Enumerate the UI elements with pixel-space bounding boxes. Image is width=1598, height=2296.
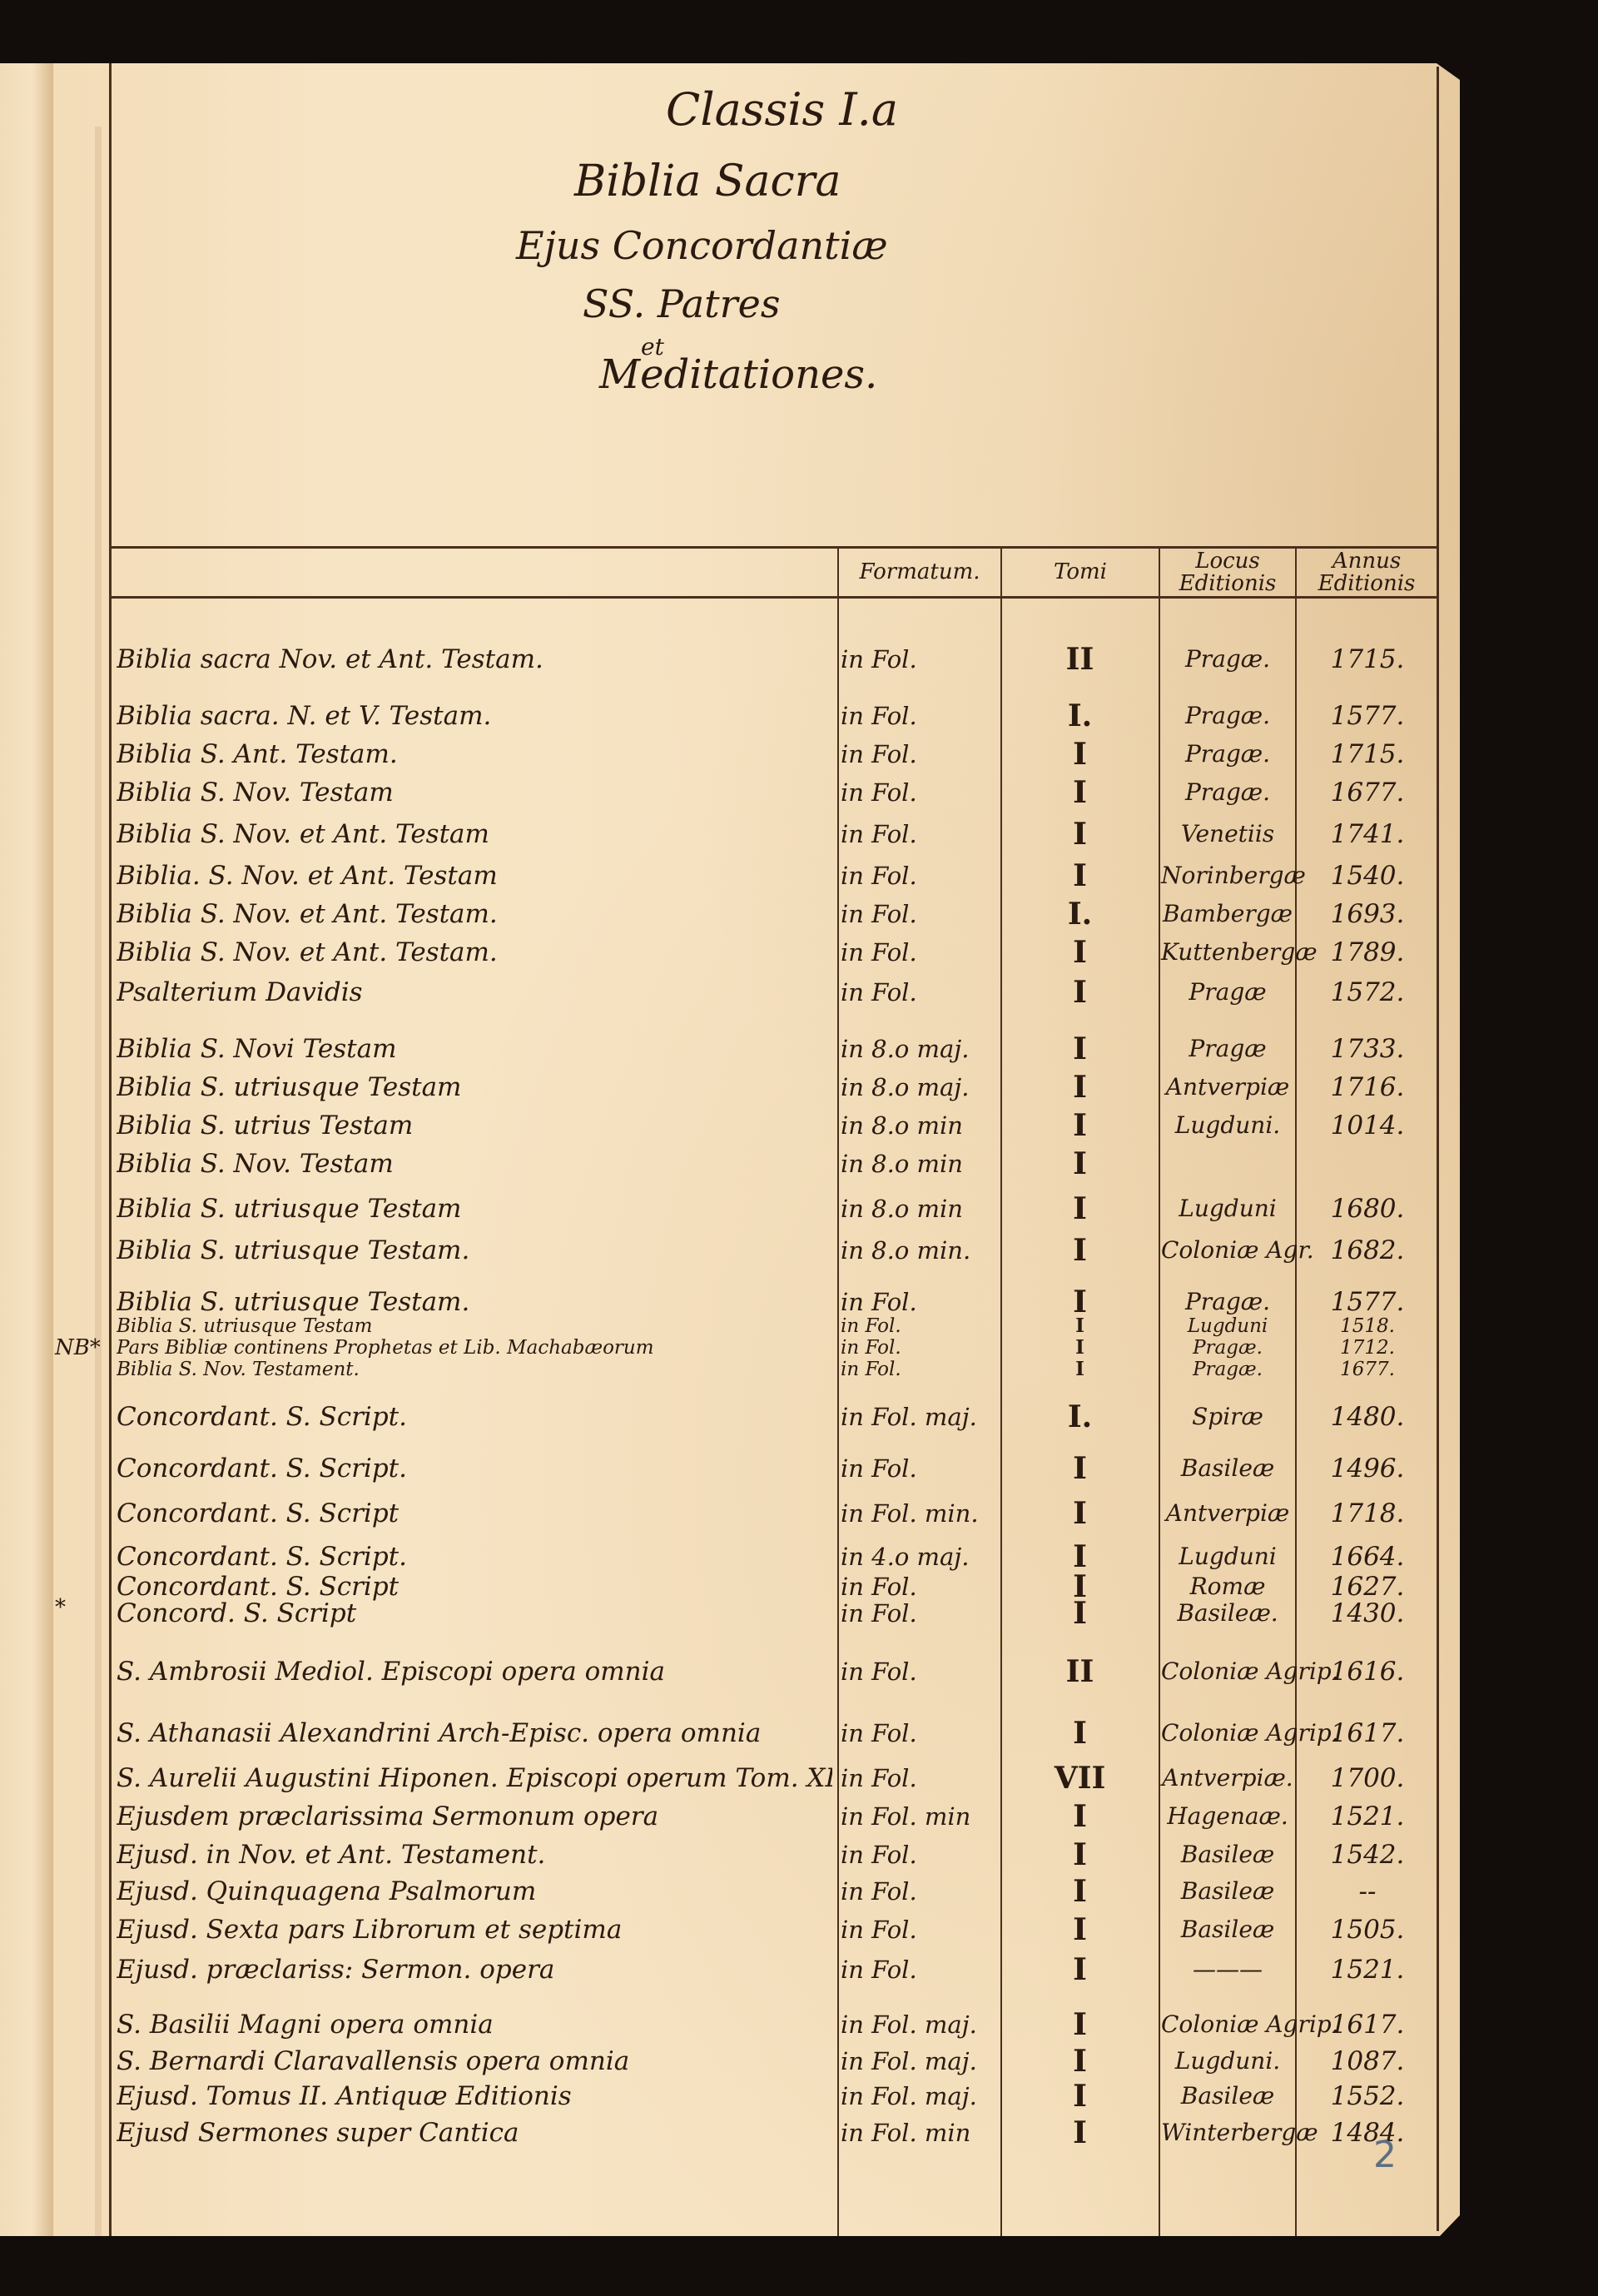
book-volumes: I. [1003,1399,1157,1435]
book-volumes: I [1003,1911,1157,1948]
book-year-of-edition: -- [1297,1873,1438,1910]
book-format: in Fol. [841,1836,999,1873]
book-format: in Fol. [841,896,999,932]
book-place-of-edition: Basileæ [1161,2078,1294,2115]
book-volumes: I [1003,2043,1157,2080]
book-format: in Fol. [841,1760,999,1797]
book-year-of-edition: 1741. [1297,816,1438,852]
table-row: Biblia. S. Nov. et Ant. Testamin Fol.INo… [0,857,1598,894]
book-title: Biblia S. utriusque Testam. [117,1232,832,1269]
book-title: Biblia S. Nov. Testament. [117,1357,832,1382]
book-volumes: I [1003,1357,1157,1382]
table-row: S. Basilii Magni opera omniain Fol. maj.… [0,2006,1598,2043]
table-row: Biblia S. Nov. Testamin 8.o minI [0,1146,1598,1182]
book-volumes: I [1003,1190,1157,1227]
table-row: Biblia S. Nov. Testamin Fol.IPragæ.1677. [0,774,1598,811]
book-volumes: I [1003,2115,1157,2151]
book-year-of-edition: 1789. [1297,934,1438,971]
book-format: in Fol. min [841,1798,999,1835]
book-volumes: I [1003,1450,1157,1487]
book-year-of-edition: 1616. [1297,1653,1438,1690]
book-place-of-edition: Spiræ [1161,1399,1294,1435]
book-format: in Fol. maj. [841,2006,999,2043]
book-place-of-edition: Pragæ [1161,974,1294,1011]
book-place-of-edition: Basileæ [1161,1911,1294,1948]
book-format: in Fol. [841,774,999,811]
book-title: S. Athanasii Alexandrini Arch-Episc. ope… [117,1715,832,1752]
book-year-of-edition: 1480. [1297,1399,1438,1435]
book-year-of-edition: 1521. [1297,1951,1438,1988]
book-place-of-edition: Basileæ. [1161,1595,1294,1632]
book-title: S. Basilii Magni opera omnia [117,2006,832,2043]
book-title: Ejusd. Tomus II. Antiquæ Editionis [117,2078,832,2115]
book-title: Biblia S. utrius Testam [117,1107,832,1144]
book-format: in 8.o maj. [841,1069,999,1106]
table-row: S. Aurelii Augustini Hiponen. Episcopi o… [0,1760,1598,1797]
book-place-of-edition: Basileæ [1161,1450,1294,1487]
book-format: in Fol. [841,1873,999,1910]
book-place-of-edition: Kuttenbergæ [1161,934,1294,971]
book-volumes: I [1003,2078,1157,2115]
book-title: Biblia. S. Nov. et Ant. Testam [117,857,832,894]
book-format: in Fol. [841,1357,999,1382]
table-row: Concord. S. Scriptin Fol.IBasileæ.1430.* [0,1595,1598,1632]
book-place-of-edition: Coloniæ Agrip. [1161,1715,1294,1752]
book-title: Biblia S. Nov. Testam [117,774,832,811]
book-volumes: II [1003,1653,1157,1690]
book-year-of-edition: 1087. [1297,2043,1438,2080]
book-place-of-edition: Venetiis [1161,816,1294,852]
book-place-of-edition: Antverpiæ. [1161,1760,1294,1797]
book-year-of-edition: 1677. [1297,774,1438,811]
book-place-of-edition: Antverpiæ [1161,1495,1294,1532]
book-volumes: I [1003,816,1157,852]
book-format: in Fol. [841,1715,999,1752]
book-year-of-edition: 1540. [1297,857,1438,894]
book-volumes: VII [1003,1760,1157,1797]
book-volumes: I [1003,974,1157,1011]
table-row: Biblia S. Nov. et Ant. Testam.in Fol.IKu… [0,934,1598,971]
book-place-of-edition: Hagenaæ. [1161,1798,1294,1835]
table-row: S. Ambrosii Mediol. Episcopi opera omnia… [0,1653,1598,1690]
table-row: Ejusd. in Nov. et Ant. Testament.in Fol.… [0,1836,1598,1873]
book-format: in 8.o min. [841,1232,999,1269]
book-volumes: I [1003,1836,1157,1873]
table-row: Ejusd. Quinquagena Psalmorumin Fol.IBasi… [0,1873,1598,1910]
book-year-of-edition: 1718. [1297,1495,1438,1532]
book-format: in Fol. [841,1951,999,1988]
table-row: Ejusdem præclarissima Sermonum operain F… [0,1798,1598,1835]
book-title: Ejusd. Sexta pars Librorum et septima [117,1911,832,1948]
book-format: in 8.o min [841,1146,999,1182]
book-place-of-edition: Pragæ. [1161,698,1294,734]
book-volumes: I [1003,1107,1157,1144]
book-year-of-edition: 1505. [1297,1911,1438,1948]
book-title: Concord. S. Script [117,1595,832,1632]
book-title: S. Ambrosii Mediol. Episcopi opera omnia [117,1653,832,1690]
book-title: Biblia S. utriusque Testam [117,1069,832,1106]
book-volumes: I [1003,1031,1157,1067]
book-format: in Fol. maj. [841,1399,999,1435]
book-title: Biblia S. Nov. Testam [117,1146,832,1182]
book-volumes: I [1003,736,1157,773]
book-volumes: I [1003,1069,1157,1106]
table-row: Ejusd. Tomus II. Antiquæ Editionisin Fol… [0,2078,1598,2115]
book-place-of-edition: Coloniæ Agrip. [1161,1653,1294,1690]
book-year-of-edition: 1572. [1297,974,1438,1011]
book-place-of-edition: Basileæ [1161,1873,1294,1910]
book-title: Psalterium Davidis [117,974,832,1011]
book-volumes: I [1003,1232,1157,1269]
catalogue-table: Biblia sacra Nov. et Ant. Testam.in Fol.… [0,0,1598,2296]
table-row: Ejusd. præclariss: Sermon. operain Fol.I… [0,1951,1598,1988]
book-title: Concordant. S. Script. [117,1450,832,1487]
book-title: Concordant. S. Script. [117,1399,832,1435]
book-year-of-edition: 1733. [1297,1031,1438,1067]
book-year-of-edition: 1693. [1297,896,1438,932]
book-volumes: I [1003,934,1157,971]
book-volumes: I [1003,1715,1157,1752]
table-row: Biblia S. Nov. Testament.in Fol.IPragæ.1… [0,1357,1598,1382]
book-title: Biblia S. Nov. et Ant. Testam. [117,934,832,971]
book-format: in Fol. [841,736,999,773]
book-format: in Fol. [841,1450,999,1487]
book-year-of-edition: 1680. [1297,1190,1438,1227]
book-place-of-edition: Lugduni. [1161,2043,1294,2080]
book-title: Biblia S. Novi Testam [117,1031,832,1067]
book-volumes: I [1003,2006,1157,2043]
book-format: in Fol. [841,857,999,894]
table-row: Biblia sacra Nov. et Ant. Testam.in Fol.… [0,641,1598,678]
book-place-of-edition: Lugduni. [1161,1107,1294,1144]
book-place-of-edition: Winterbergæ [1161,2115,1294,2151]
book-place-of-edition: Coloniæ Agrip. [1161,2006,1294,2043]
book-title: Ejusd. præclariss: Sermon. opera [117,1951,832,1988]
book-format: in Fol. [841,974,999,1011]
book-format: in Fol. min [841,2115,999,2151]
book-year-of-edition: 1715. [1297,736,1438,773]
book-title: Biblia sacra. N. et V. Testam. [117,698,832,734]
book-year-of-edition: 1617. [1297,2006,1438,2043]
book-volumes: I [1003,1873,1157,1910]
book-title: Ejusdem præclarissima Sermonum opera [117,1798,832,1835]
book-format: in Fol. [841,934,999,971]
margin-annotation: * [55,1595,66,1620]
table-row: Biblia S. Nov. et Ant. Testam.in Fol.I.B… [0,896,1598,932]
book-place-of-edition: Pragæ [1161,1031,1294,1067]
book-title: Biblia S. Nov. et Ant. Testam. [117,896,832,932]
book-year-of-edition: 1682. [1297,1232,1438,1269]
book-year-of-edition: 1014. [1297,1107,1438,1144]
table-row: S. Bernardi Claravallensis opera omniain… [0,2043,1598,2080]
book-format: in Fol. [841,698,999,734]
book-format: in Fol. [841,1911,999,1948]
book-title: Ejusd. in Nov. et Ant. Testament. [117,1836,832,1873]
book-place-of-edition: Bambergæ [1161,896,1294,932]
book-format: in 8.o min [841,1107,999,1144]
book-format: in 8.o maj. [841,1031,999,1067]
book-year-of-edition: 1617. [1297,1715,1438,1752]
book-place-of-edition: Pragæ. [1161,736,1294,773]
table-row: Biblia S. utriusque Testamin 8.o minILug… [0,1190,1598,1227]
book-format: in Fol. maj. [841,2043,999,2080]
book-place-of-edition: ——— [1161,1951,1294,1988]
book-title: Ejusd. Quinquagena Psalmorum [117,1873,832,1910]
book-format: in Fol. [841,1653,999,1690]
book-year-of-edition: 1496. [1297,1450,1438,1487]
book-year-of-edition: 1521. [1297,1798,1438,1835]
book-title: Biblia S. Ant. Testam. [117,736,832,773]
book-place-of-edition: Basileæ [1161,1836,1294,1873]
book-place-of-edition: Lugduni [1161,1190,1294,1227]
book-year-of-edition: 1577. [1297,698,1438,734]
book-format: in Fol. min. [841,1495,999,1532]
table-row: Concordant. S. Scriptin Fol. min.IAntver… [0,1495,1598,1532]
table-row: S. Athanasii Alexandrini Arch-Episc. ope… [0,1715,1598,1752]
book-title: Ejusd Sermones super Cantica [117,2115,832,2151]
table-row: Ejusd Sermones super Canticain Fol. minI… [0,2115,1598,2151]
book-format: in Fol. [841,641,999,678]
table-row: Biblia S. Nov. et Ant. Testamin Fol.IVen… [0,816,1598,852]
book-title: Concordant. S. Script [117,1495,832,1532]
book-place-of-edition: Pragæ. [1161,774,1294,811]
book-format: in Fol. maj. [841,2078,999,2115]
table-row: Biblia S. utriusque Testamin 8.o maj.IAn… [0,1069,1598,1106]
book-year-of-edition: 1430. [1297,1595,1438,1632]
book-place-of-edition: Antverpiæ [1161,1069,1294,1106]
page-number: 2 [1373,2134,1397,2176]
book-volumes: I [1003,1798,1157,1835]
book-volumes: I [1003,1146,1157,1182]
book-volumes: I [1003,1951,1157,1988]
book-year-of-edition: 1552. [1297,2078,1438,2115]
book-volumes: II [1003,641,1157,678]
book-volumes: I [1003,857,1157,894]
book-place-of-edition: Norinbergæ [1161,857,1294,894]
book-volumes: I [1003,1595,1157,1632]
table-row: Biblia S. utriusque Testam.in 8.o min.IC… [0,1232,1598,1269]
table-row: Concordant. S. Script.in Fol. maj.I.Spir… [0,1399,1598,1435]
book-volumes: I. [1003,896,1157,932]
book-format: in Fol. [841,816,999,852]
book-year-of-edition: 1716. [1297,1069,1438,1106]
book-place-of-edition: Pragæ. [1161,641,1294,678]
table-row: Concordant. S. Script.in Fol.IBasileæ149… [0,1450,1598,1487]
table-row: Biblia sacra. N. et V. Testam.in Fol.I.P… [0,698,1598,734]
book-place-of-edition: Pragæ. [1161,1357,1294,1382]
book-format: in Fol. [841,1595,999,1632]
book-year-of-edition: 1484. [1297,2115,1438,2151]
book-volumes: I [1003,774,1157,811]
book-year-of-edition: 1715. [1297,641,1438,678]
table-row: Biblia S. Ant. Testam.in Fol.IPragæ.1715… [0,736,1598,773]
book-volumes: I. [1003,698,1157,734]
book-volumes: I [1003,1495,1157,1532]
book-format: in 8.o min [841,1190,999,1227]
book-year-of-edition: 1700. [1297,1760,1438,1797]
table-row: Biblia S. utrius Testamin 8.o minILugdun… [0,1107,1598,1144]
book-title: Biblia S. utriusque Testam [117,1190,832,1227]
book-title: S. Aurelii Augustini Hiponen. Episcopi o… [117,1760,832,1797]
book-year-of-edition: 1677. [1297,1357,1438,1382]
book-title: S. Bernardi Claravallensis opera omnia [117,2043,832,2080]
book-place-of-edition: Coloniæ Agr. [1161,1232,1294,1269]
table-row: Ejusd. Sexta pars Librorum et septimain … [0,1911,1598,1948]
book-title: Biblia S. Nov. et Ant. Testam [117,816,832,852]
book-year-of-edition: 1542. [1297,1836,1438,1873]
book-title: Biblia sacra Nov. et Ant. Testam. [117,641,832,678]
table-row: Psalterium Davidisin Fol.IPragæ1572. [0,974,1598,1011]
table-row: Biblia S. Novi Testamin 8.o maj.IPragæ17… [0,1031,1598,1067]
